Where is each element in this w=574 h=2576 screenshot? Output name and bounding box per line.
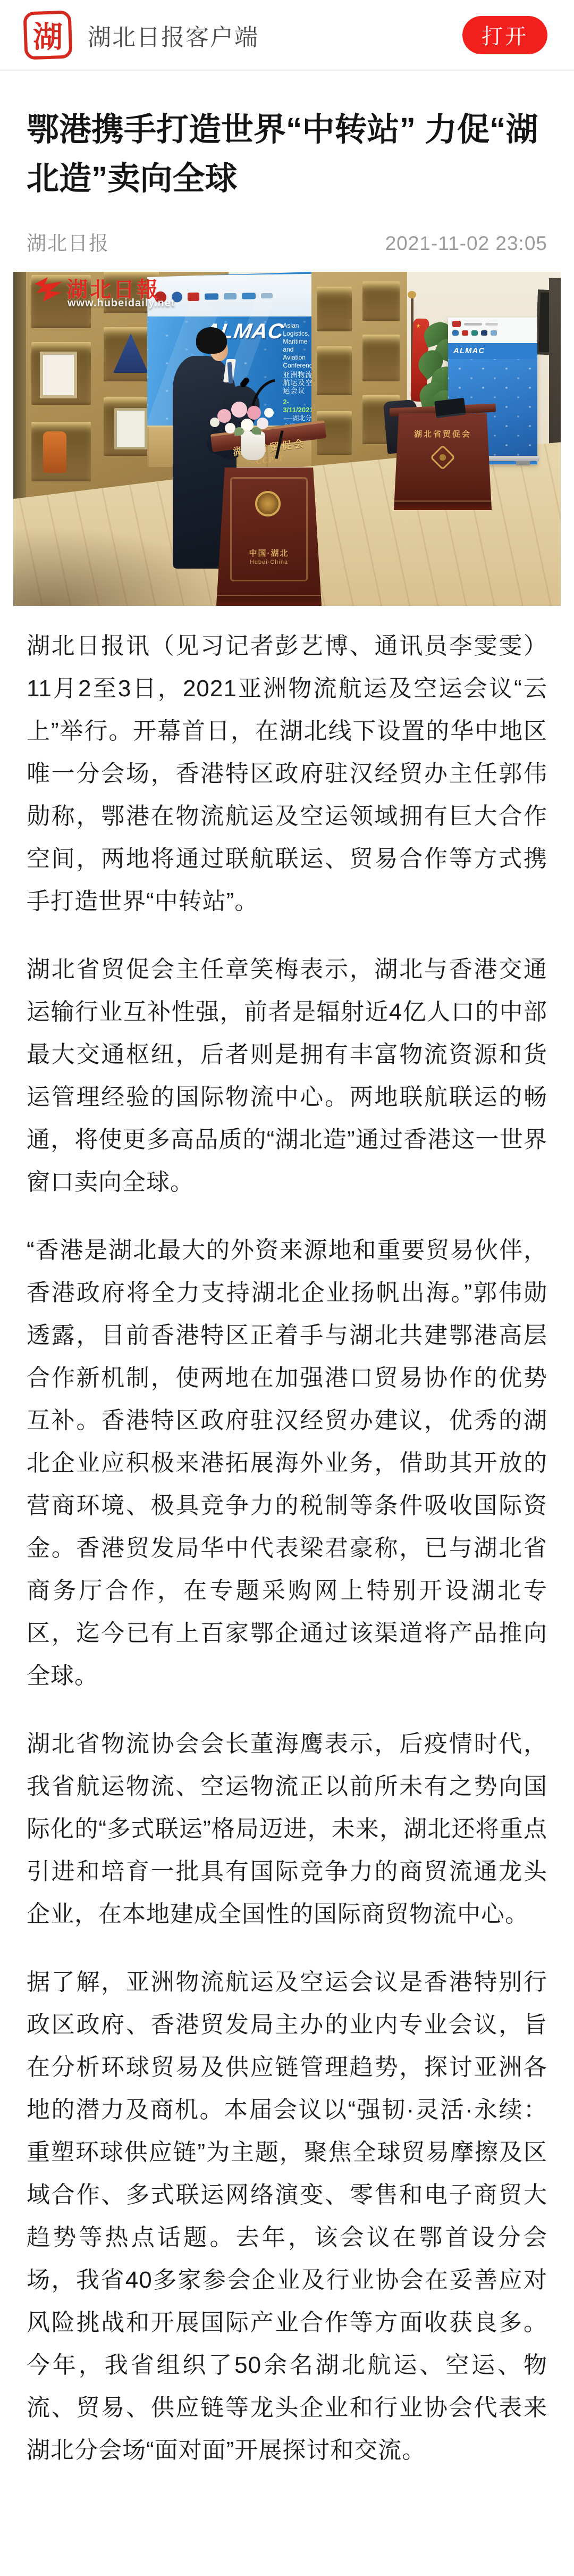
right-podium-plinth <box>394 501 492 510</box>
banner-logo-chip <box>481 330 487 336</box>
front-podium-plinth <box>215 595 325 606</box>
flower <box>225 423 235 433</box>
partner-logo <box>205 293 218 299</box>
right-podium: 湖北省贸促会 <box>392 406 494 514</box>
ccpit-diamond-emblem <box>430 445 455 470</box>
app-name: 湖北日报客户端 <box>88 18 259 52</box>
banner-foot <box>516 461 530 465</box>
partner-logo <box>242 293 256 299</box>
article-source: 湖北日报 <box>27 227 109 256</box>
banner-text-line <box>485 323 498 326</box>
framed-picture <box>40 352 77 398</box>
shelf-alcove <box>362 335 400 381</box>
right-podium-body: 湖北省贸促会 <box>394 413 492 510</box>
paragraph: 湖北省贸促会主任章笑梅表示，湖北与香港交通运输行业互补性强，前者是辐射近4亿人口… <box>27 948 547 1204</box>
partner-logo <box>261 293 273 298</box>
screen-sponsor-band <box>147 274 313 319</box>
article-photo: ALMAC Asian Logistics, Maritime and Avia… <box>13 272 561 606</box>
banner-logo-chip <box>471 330 478 336</box>
flower <box>231 402 247 418</box>
banner-almac-logo: ALMAC <box>453 346 485 355</box>
banner-text-line <box>464 323 482 326</box>
banner-logo-chip <box>491 330 497 336</box>
shelf-alcove <box>317 287 352 331</box>
open-app-button[interactable]: 打开 <box>462 16 547 54</box>
speaker-hair <box>196 327 227 354</box>
front-podium-cn: 中国·湖北 <box>216 547 322 558</box>
paragraph: 湖北省物流协会会长董海鹰表示，后疫情时代，我省航运物流、空运物流正以前所未有之势… <box>27 1723 547 1936</box>
banner-logo-chip <box>452 330 459 336</box>
flower <box>247 406 261 420</box>
front-podium: 湖北省贸促会 CCPIT 中国·湖北 Hubei·China <box>214 422 323 606</box>
banner-logo-chip <box>452 321 461 327</box>
flower-vase <box>241 431 265 460</box>
shelf-alcove <box>317 346 352 395</box>
seal-character: 湖 <box>33 14 63 56</box>
flower <box>217 409 231 423</box>
flower <box>264 408 274 418</box>
banner-logo-chip <box>462 330 468 336</box>
banner-header <box>448 318 537 343</box>
app-bar: 湖 湖北日报客户端 打开 <box>0 0 574 71</box>
flower-leaf <box>234 427 244 436</box>
article-meta: 湖北日报 2021-11-02 23:05 <box>27 227 547 256</box>
flower <box>210 418 220 427</box>
article-title: 鄂港携手打造世界“中转站” 力促“湖北造”卖向全球 <box>27 105 547 203</box>
paragraph: “香港是湖北最大的外资来源地和重要贸易伙伴，香港政府将全力支持湖北企业扬帆出海。… <box>27 1229 547 1697</box>
paragraph: 湖北日报讯（见习记者彭艺博、通讯员李雯雯）11月2至3日，2021亚洲物流航运及… <box>27 625 547 923</box>
watermark-url: www.hubeidaily.net <box>67 297 175 310</box>
partner-logo <box>224 293 237 299</box>
flag-star <box>416 324 420 328</box>
figurine <box>43 431 66 473</box>
article-header: 鄂港携手打造世界“中转站” 力促“湖北造”卖向全球 湖北日报 2021-11-0… <box>0 105 574 256</box>
certificate <box>114 408 147 449</box>
shelf-alcove <box>362 281 400 321</box>
article-datetime: 2021-11-02 23:05 <box>385 232 547 255</box>
front-podium-body: 中国·湖北 Hubei·China <box>216 468 322 606</box>
front-podium-en: Hubei·China <box>216 559 322 565</box>
photo-left-dark-edge <box>13 272 26 522</box>
paragraph: 据了解，亚洲物流航运及空运会议是香港特别行政区政府、香港贸发局主办的业内专业会议… <box>27 1961 547 2472</box>
flower-leaf <box>251 427 261 435</box>
flag-pole-finial <box>408 291 416 298</box>
hktdc-logo <box>188 293 199 301</box>
hubei-daily-seal-logo: 湖 <box>23 10 72 60</box>
article-body: 湖北日报讯（见习记者彭艺博、通讯员李雯雯）11月2至3日，2021亚洲物流航运及… <box>0 625 574 2472</box>
right-podium-title: 湖北省贸促会 <box>394 428 492 439</box>
ccpit-round-emblem <box>255 491 281 516</box>
laptop <box>434 398 466 419</box>
